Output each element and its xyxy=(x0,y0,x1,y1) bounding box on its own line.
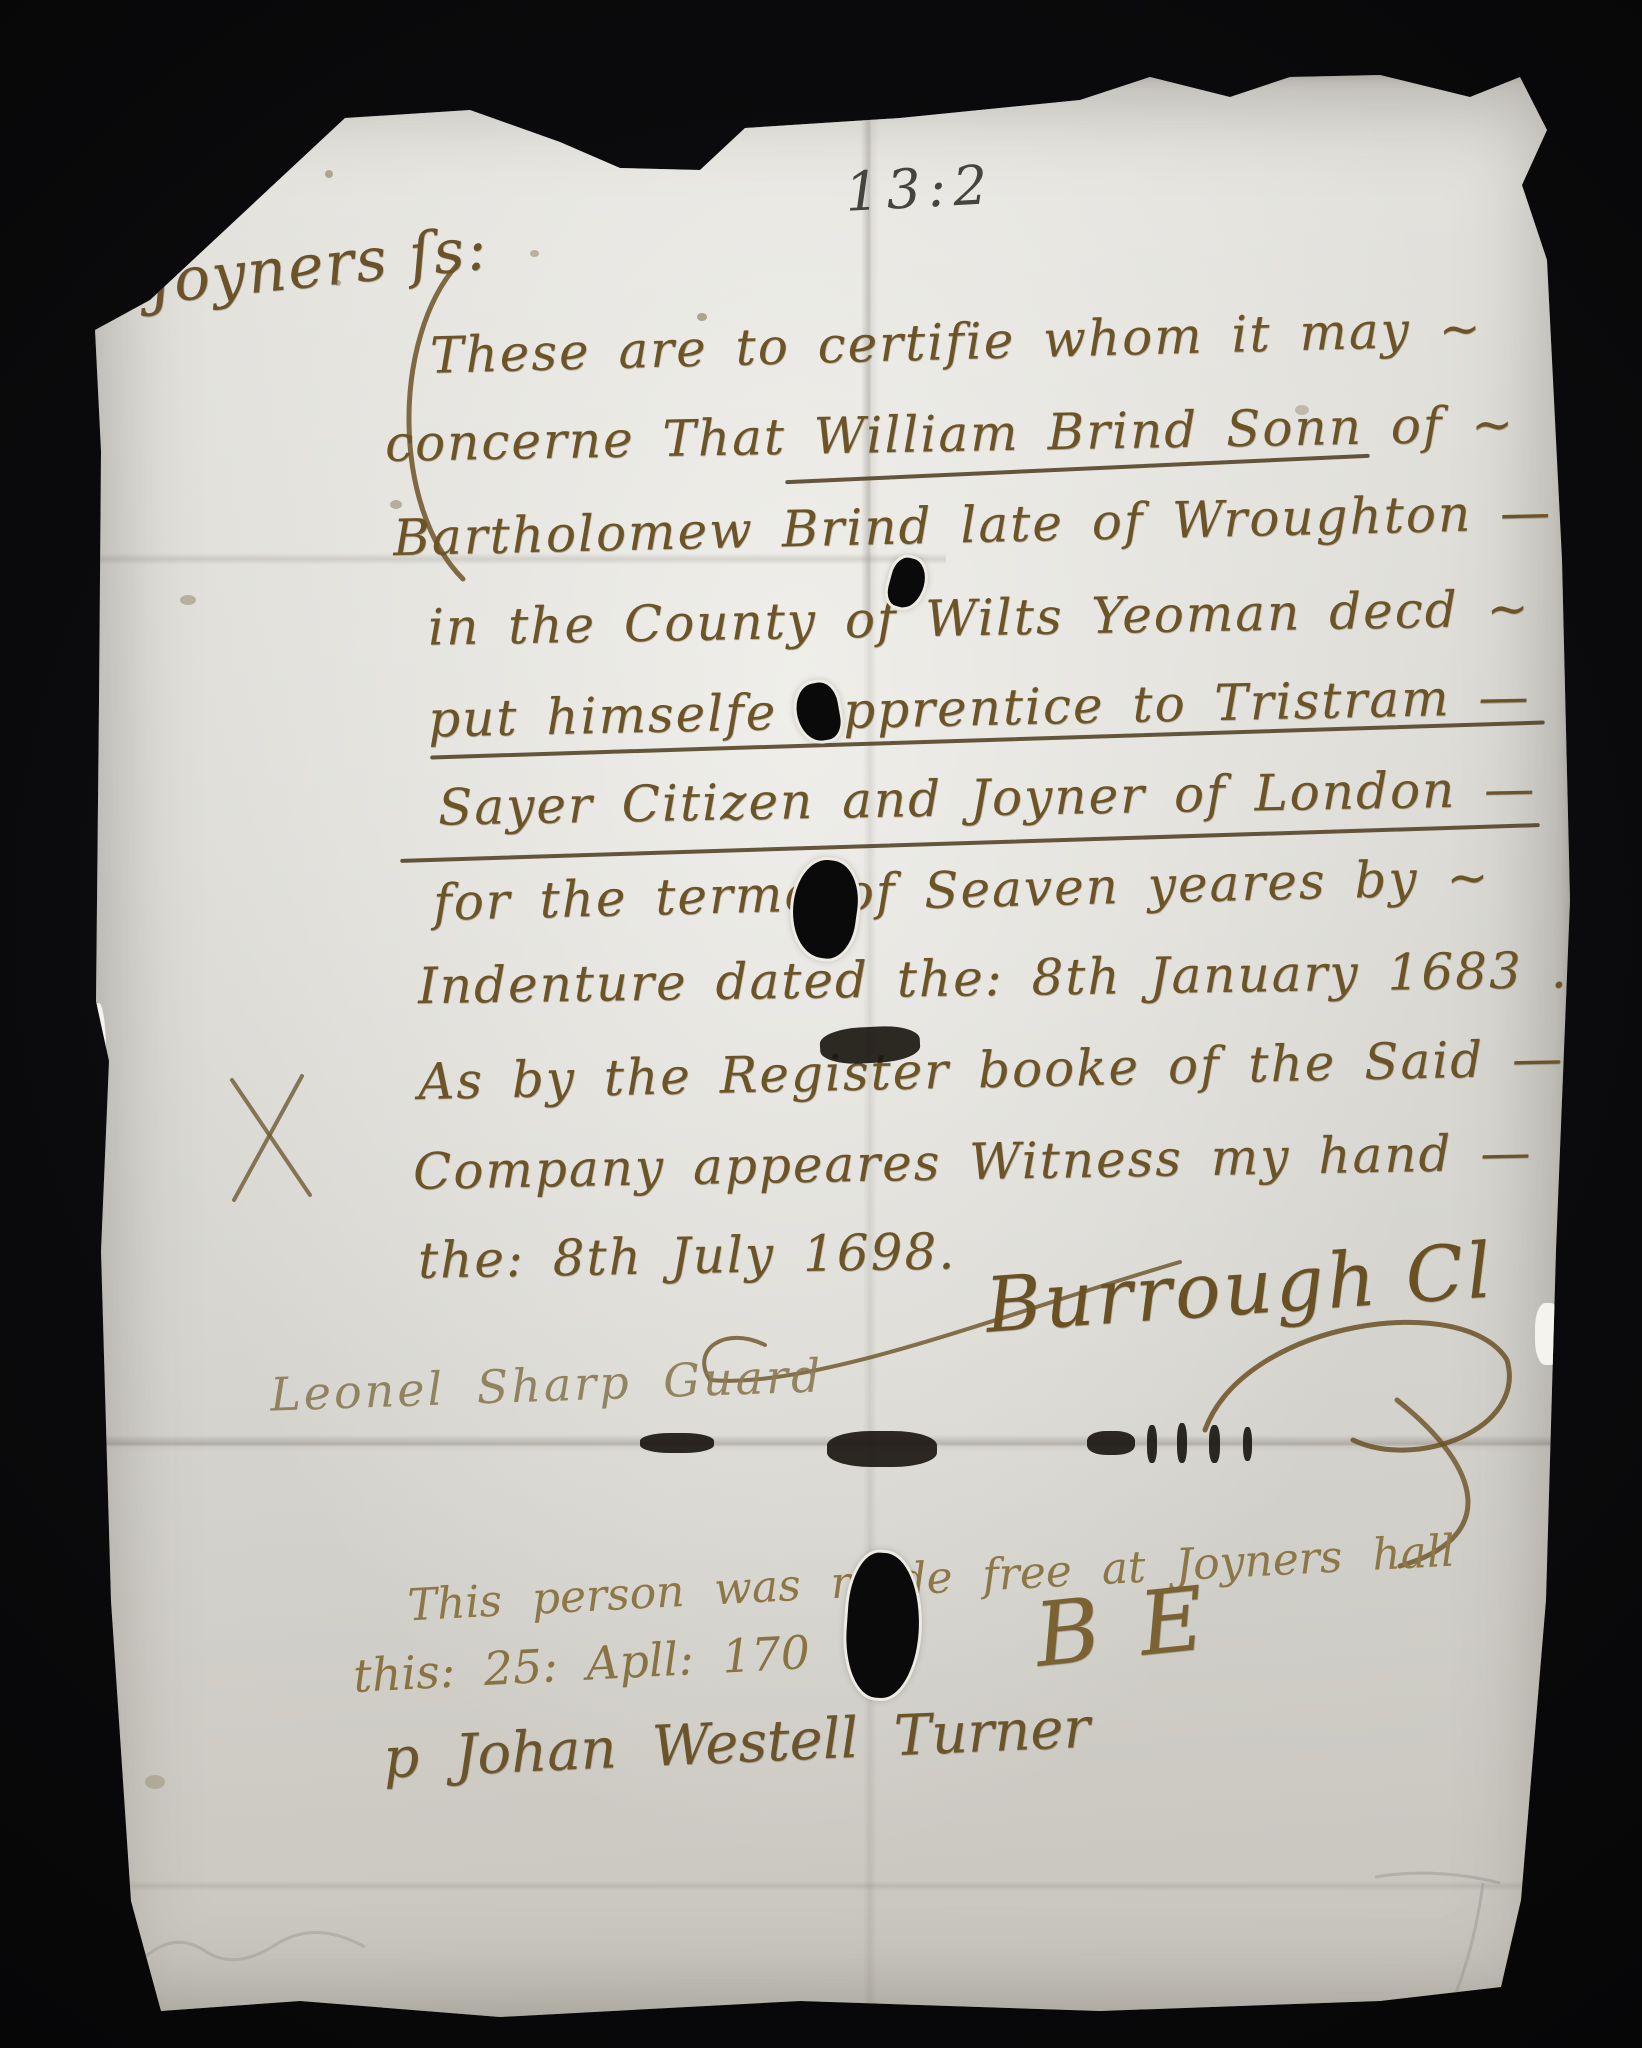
body-line: As by the Register booke of the Said — xyxy=(418,1029,1565,1111)
crease-ink-stain xyxy=(640,1433,714,1453)
paper-speck xyxy=(390,500,402,509)
body-line: the: 8th July 1698. xyxy=(418,1222,957,1289)
freedom-monogram: B E xyxy=(1030,1566,1215,1687)
left-edge-tear xyxy=(88,1003,106,1125)
pencil-marks xyxy=(1355,1865,1565,2015)
photograph-of-manuscript: 13:2 Joyners ſs: These are to certifie w… xyxy=(0,0,1642,2048)
paper-speck xyxy=(145,1775,165,1789)
crease-ink-stain xyxy=(1087,1431,1135,1455)
body-line: Sayer Citizen and Joyner of London — xyxy=(438,759,1537,836)
freedom-note-line2: this: 25: Apll: 170 xyxy=(352,1625,811,1703)
crease-ink-tick xyxy=(1209,1425,1220,1463)
witness-signature: Leonel Sharp Guard xyxy=(269,1348,824,1421)
horizontal-fold-crease-bottom xyxy=(85,1881,1570,1891)
crease-ink-stain xyxy=(827,1431,937,1467)
reference-number: 13:2 xyxy=(843,153,995,224)
body-line: Bartholomew Brind late of Wroughton — xyxy=(392,483,1552,567)
paper-speck xyxy=(530,250,539,257)
body-line: put himselfe Apprentice to Tristram — xyxy=(428,667,1531,748)
freedom-note-line1: This person was made free at Joyners hal… xyxy=(406,1526,1456,1632)
body-line: These are to certifie whom it may ~ xyxy=(429,299,1483,385)
paper-speck xyxy=(180,595,196,605)
body-line: for the terme of Seaven yeares by ~ xyxy=(432,848,1491,932)
manuscript-paper-sheet: 13:2 Joyners ſs: These are to certifie w… xyxy=(85,75,1570,2025)
body-line: Company appeares Witness my hand — xyxy=(413,1123,1533,1201)
freedom-signature: p Johan Westell Turner xyxy=(382,1696,1092,1792)
body-line: in the County of Wilts Yeoman decd ~ xyxy=(428,579,1531,656)
paper-speck xyxy=(325,170,333,178)
margin-x-mark xyxy=(220,1070,320,1205)
body-line: concerne That William Brind Sonn of ~ xyxy=(385,395,1516,473)
body-line: Indenture dated the: 8th January 1683 .- xyxy=(418,941,1588,1015)
crease-ink-tick xyxy=(1147,1425,1157,1463)
pencil-marks xyxy=(140,1915,370,1975)
crease-ink-tick xyxy=(1177,1423,1187,1463)
crease-ink-tick xyxy=(1243,1427,1252,1461)
